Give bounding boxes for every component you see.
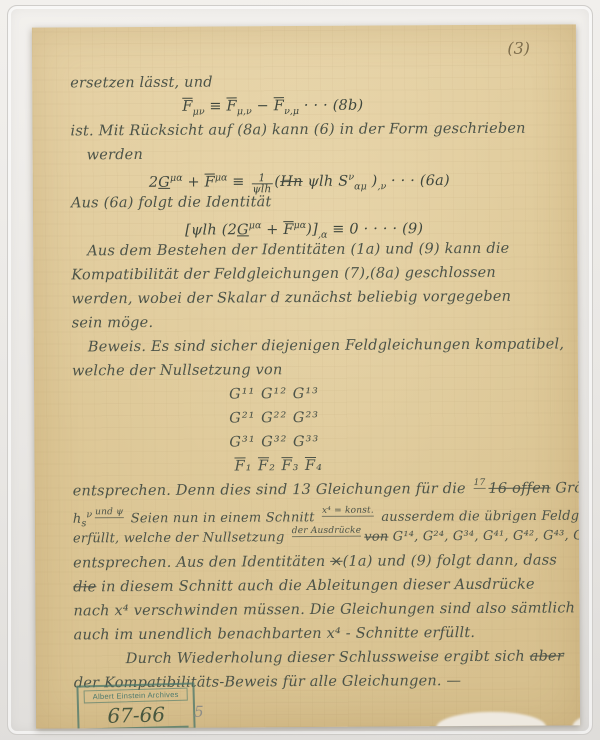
manuscript-line: ersetzen lässt, und	[70, 68, 566, 95]
manuscript-line: G³¹ G³² G³³	[229, 428, 568, 454]
manuscript-page: (3) ersetzen lässt, undFμν ≡ Fμ,ν − Fν,μ…	[32, 24, 580, 728]
manuscript-line: hsνund ψ Seien nun in einem Schnitt x⁴ =…	[73, 500, 569, 527]
manuscript-line: ist. Mit Rücksicht auf (8a) kann (6) in …	[70, 116, 566, 143]
manuscript-line: werden	[87, 140, 567, 167]
manuscript-line: die in diesem Schnitt auch die Ableitung…	[73, 572, 569, 599]
manuscript-line: Kompatibilität der Feldgleichungen (7),(…	[71, 260, 567, 287]
manuscript-line: 2Gμα + Fμα ≡ 1ψlh(Hn ψlh Sναμ ),ν · · · …	[149, 164, 567, 191]
manuscript-line: welche der Nullsetzung von	[72, 356, 568, 383]
archive-stamp: Albert Einstein Archives 67-66	[76, 682, 195, 728]
manuscript-line: G²¹ G²² G²³	[229, 404, 568, 430]
manuscript-line: Durch Wiederholung dieser Schlussweise e…	[126, 644, 570, 671]
manuscript-line: nach x⁴ verschwinden müssen. Die Gleichu…	[73, 596, 569, 623]
pencil-mark: 5	[194, 703, 204, 721]
manuscript-line: entsprechen. Denn dies sind 13 Gleichung…	[73, 476, 569, 503]
manuscript-line: [ψlh (2Gμα + Fμα)],α ≡ 0 · · · · (9)	[185, 212, 567, 238]
manuscript-line: Aus dem Bestehen der Identitäten (1a) un…	[87, 236, 567, 263]
photo-background: (3) ersetzen lässt, undFμν ≡ Fμ,ν − Fν,μ…	[0, 0, 600, 740]
manuscript-line: sein möge.	[72, 308, 568, 335]
manuscript-body: ersetzen lässt, undFμν ≡ Fμ,ν − Fν,μ · ·…	[70, 68, 570, 695]
manuscript-line: auch im unendlich benachbarten x⁴ - Schn…	[74, 620, 570, 647]
manuscript-line: erfüllt, welche der Nullsetzung der Ausd…	[73, 524, 569, 551]
manuscript-line: Aus (6a) folgt die Identität	[71, 188, 567, 215]
manuscript-line: G¹¹ G¹² G¹³	[229, 380, 568, 406]
manuscript-line: Beweis. Es sind sicher diejenigen Feldgl…	[88, 332, 568, 359]
manuscript-line: Fμν ≡ Fμ,ν − Fν,μ · · · (8b)	[182, 92, 566, 118]
page-number: (3)	[507, 39, 530, 58]
archive-number: 67-66	[84, 702, 189, 729]
manuscript-line: entsprechen. Aus den Identitäten ×(1a) u…	[73, 548, 569, 575]
manuscript-line: F₁ F₂ F₃ F₄	[234, 452, 568, 478]
manuscript-line: werden, wobei der Skalar d zunächst beli…	[71, 284, 567, 311]
